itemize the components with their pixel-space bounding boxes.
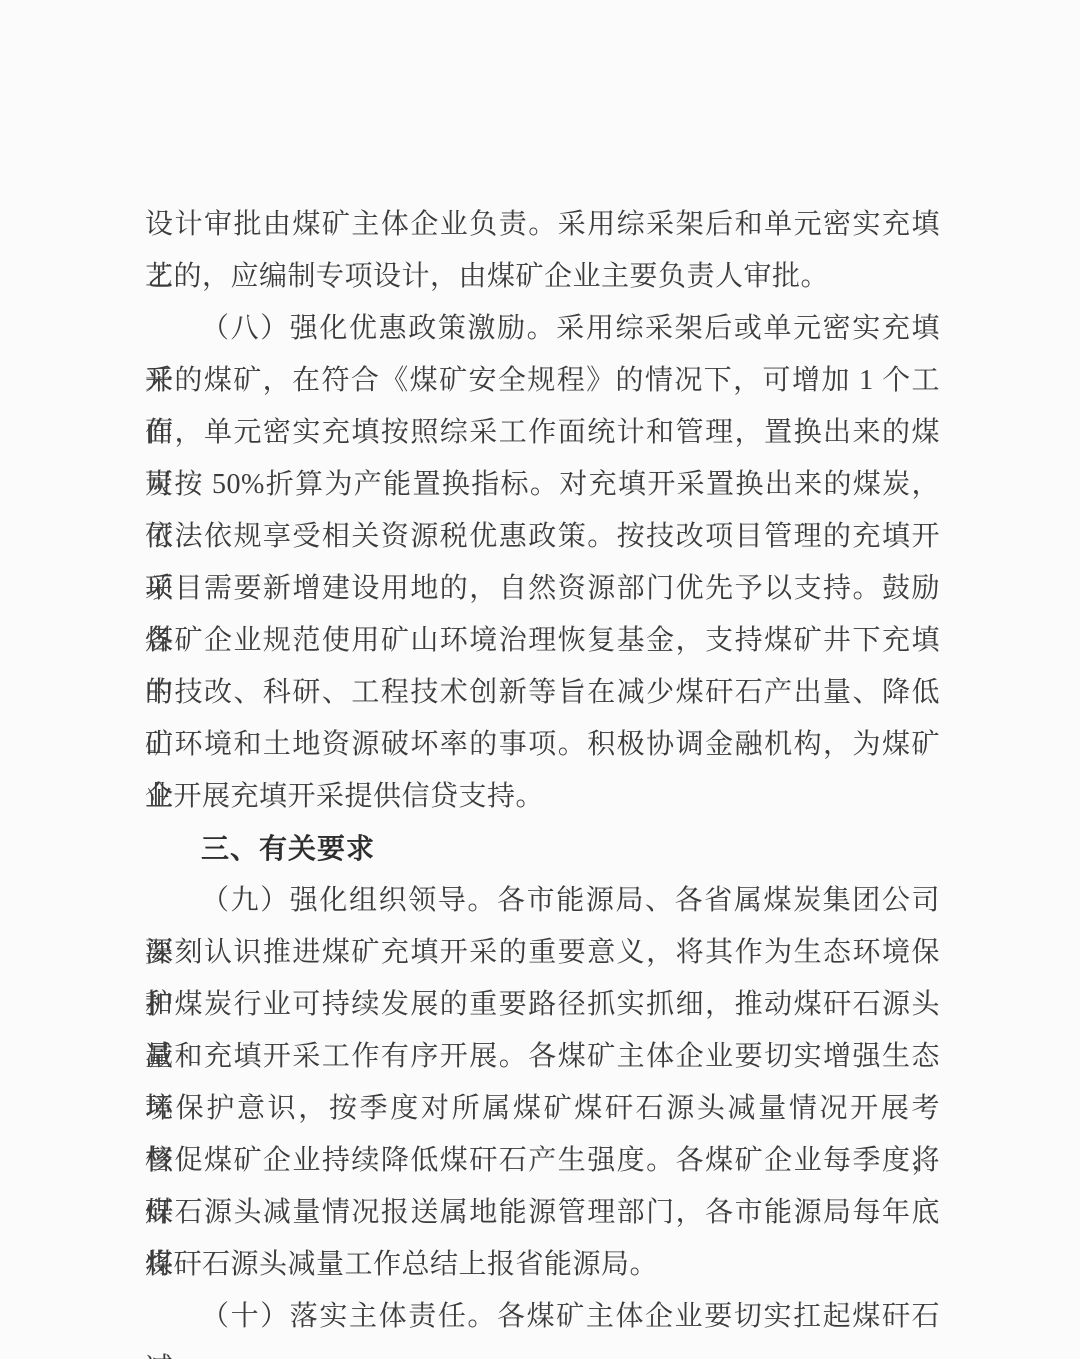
text-line: 量和充填开采工作有序开展。各煤矿主体企业要切实增强生态环 bbox=[145, 1031, 940, 1083]
text-line: 煤矿企业规范使用矿山环境治理恢复基金，支持煤矿井下充填中 bbox=[145, 615, 940, 667]
paragraph: （十）落实主体责任。各煤矿主体企业要切实扛起煤矸石减 bbox=[145, 1291, 940, 1343]
text-line: 采的煤矿，在符合《煤矿安全规程》的情况下，可增加 1 个工作 bbox=[145, 355, 940, 407]
heading-line: 三、有关要求 bbox=[145, 823, 940, 875]
text-line: 依法依规享受相关资源税优惠政策。按技改项目管理的充填开采 bbox=[145, 511, 940, 563]
document-page: 设计审批由煤矿主体企业负责。采用综采架后和单元密实充填工艺的，应编制专项设计，由… bbox=[0, 0, 1080, 1359]
text-line: （八）强化优惠政策激励。采用综采架后或单元密实充填开 bbox=[145, 303, 940, 355]
text-line: 可按 50%折算为产能置换指标。对充填开采置换出来的煤炭，可 bbox=[145, 459, 940, 511]
text-line: 山环境和土地资源破坏率的事项。积极协调金融机构，为煤矿企 bbox=[145, 719, 940, 771]
text-line: 设计审批由煤矿主体企业负责。采用综采架后和单元密实充填工 bbox=[145, 199, 940, 251]
text-line: 境保护意识，按季度对所属煤矿煤矸石源头减量情况开展考核， bbox=[145, 1083, 940, 1135]
paragraph: 设计审批由煤矿主体企业负责。采用综采架后和单元密实充填工艺的，应编制专项设计，由… bbox=[145, 199, 940, 303]
text-line: 的技改、科研、工程技术创新等旨在减少煤矸石产出量、降低矿 bbox=[145, 667, 940, 719]
document-text-content: 设计审批由煤矿主体企业负责。采用综采架后和单元密实充填工艺的，应编制专项设计，由… bbox=[145, 199, 940, 1343]
text-line: 督促煤矿企业持续降低煤矸石产生强度。各煤矿企业每季度将煤 bbox=[145, 1135, 940, 1187]
text-line: 深刻认识推进煤矿充填开采的重要意义，将其作为生态环境保护 bbox=[145, 927, 940, 979]
text-line: 艺的，应编制专项设计，由煤矿企业主要负责人审批。 bbox=[145, 251, 940, 303]
text-line: 和煤炭行业可持续发展的重要路径抓实抓细，推动煤矸石源头减 bbox=[145, 979, 940, 1031]
text-line: 矸石源头减量情况报送属地能源管理部门，各市能源局每年底将 bbox=[145, 1187, 940, 1239]
paragraph: （八）强化优惠政策激励。采用综采架后或单元密实充填开采的煤矿，在符合《煤矿安全规… bbox=[145, 303, 940, 823]
text-line: 面，单元密实充填按照综采工作面统计和管理，置换出来的煤炭 bbox=[145, 407, 940, 459]
text-line: （九）强化组织领导。各市能源局、各省属煤炭集团公司要 bbox=[145, 875, 940, 927]
text-line: 煤矸石源头减量工作总结上报省能源局。 bbox=[145, 1239, 940, 1291]
paragraph: （九）强化组织领导。各市能源局、各省属煤炭集团公司要深刻认识推进煤矿充填开采的重… bbox=[145, 875, 940, 1291]
section-heading: 三、有关要求 bbox=[145, 823, 940, 875]
text-line: 业开展充填开采提供信贷支持。 bbox=[145, 771, 940, 823]
text-line: （十）落实主体责任。各煤矿主体企业要切实扛起煤矸石减 bbox=[145, 1291, 940, 1343]
text-line: 项目需要新增建设用地的，自然资源部门优先予以支持。鼓励各 bbox=[145, 563, 940, 615]
